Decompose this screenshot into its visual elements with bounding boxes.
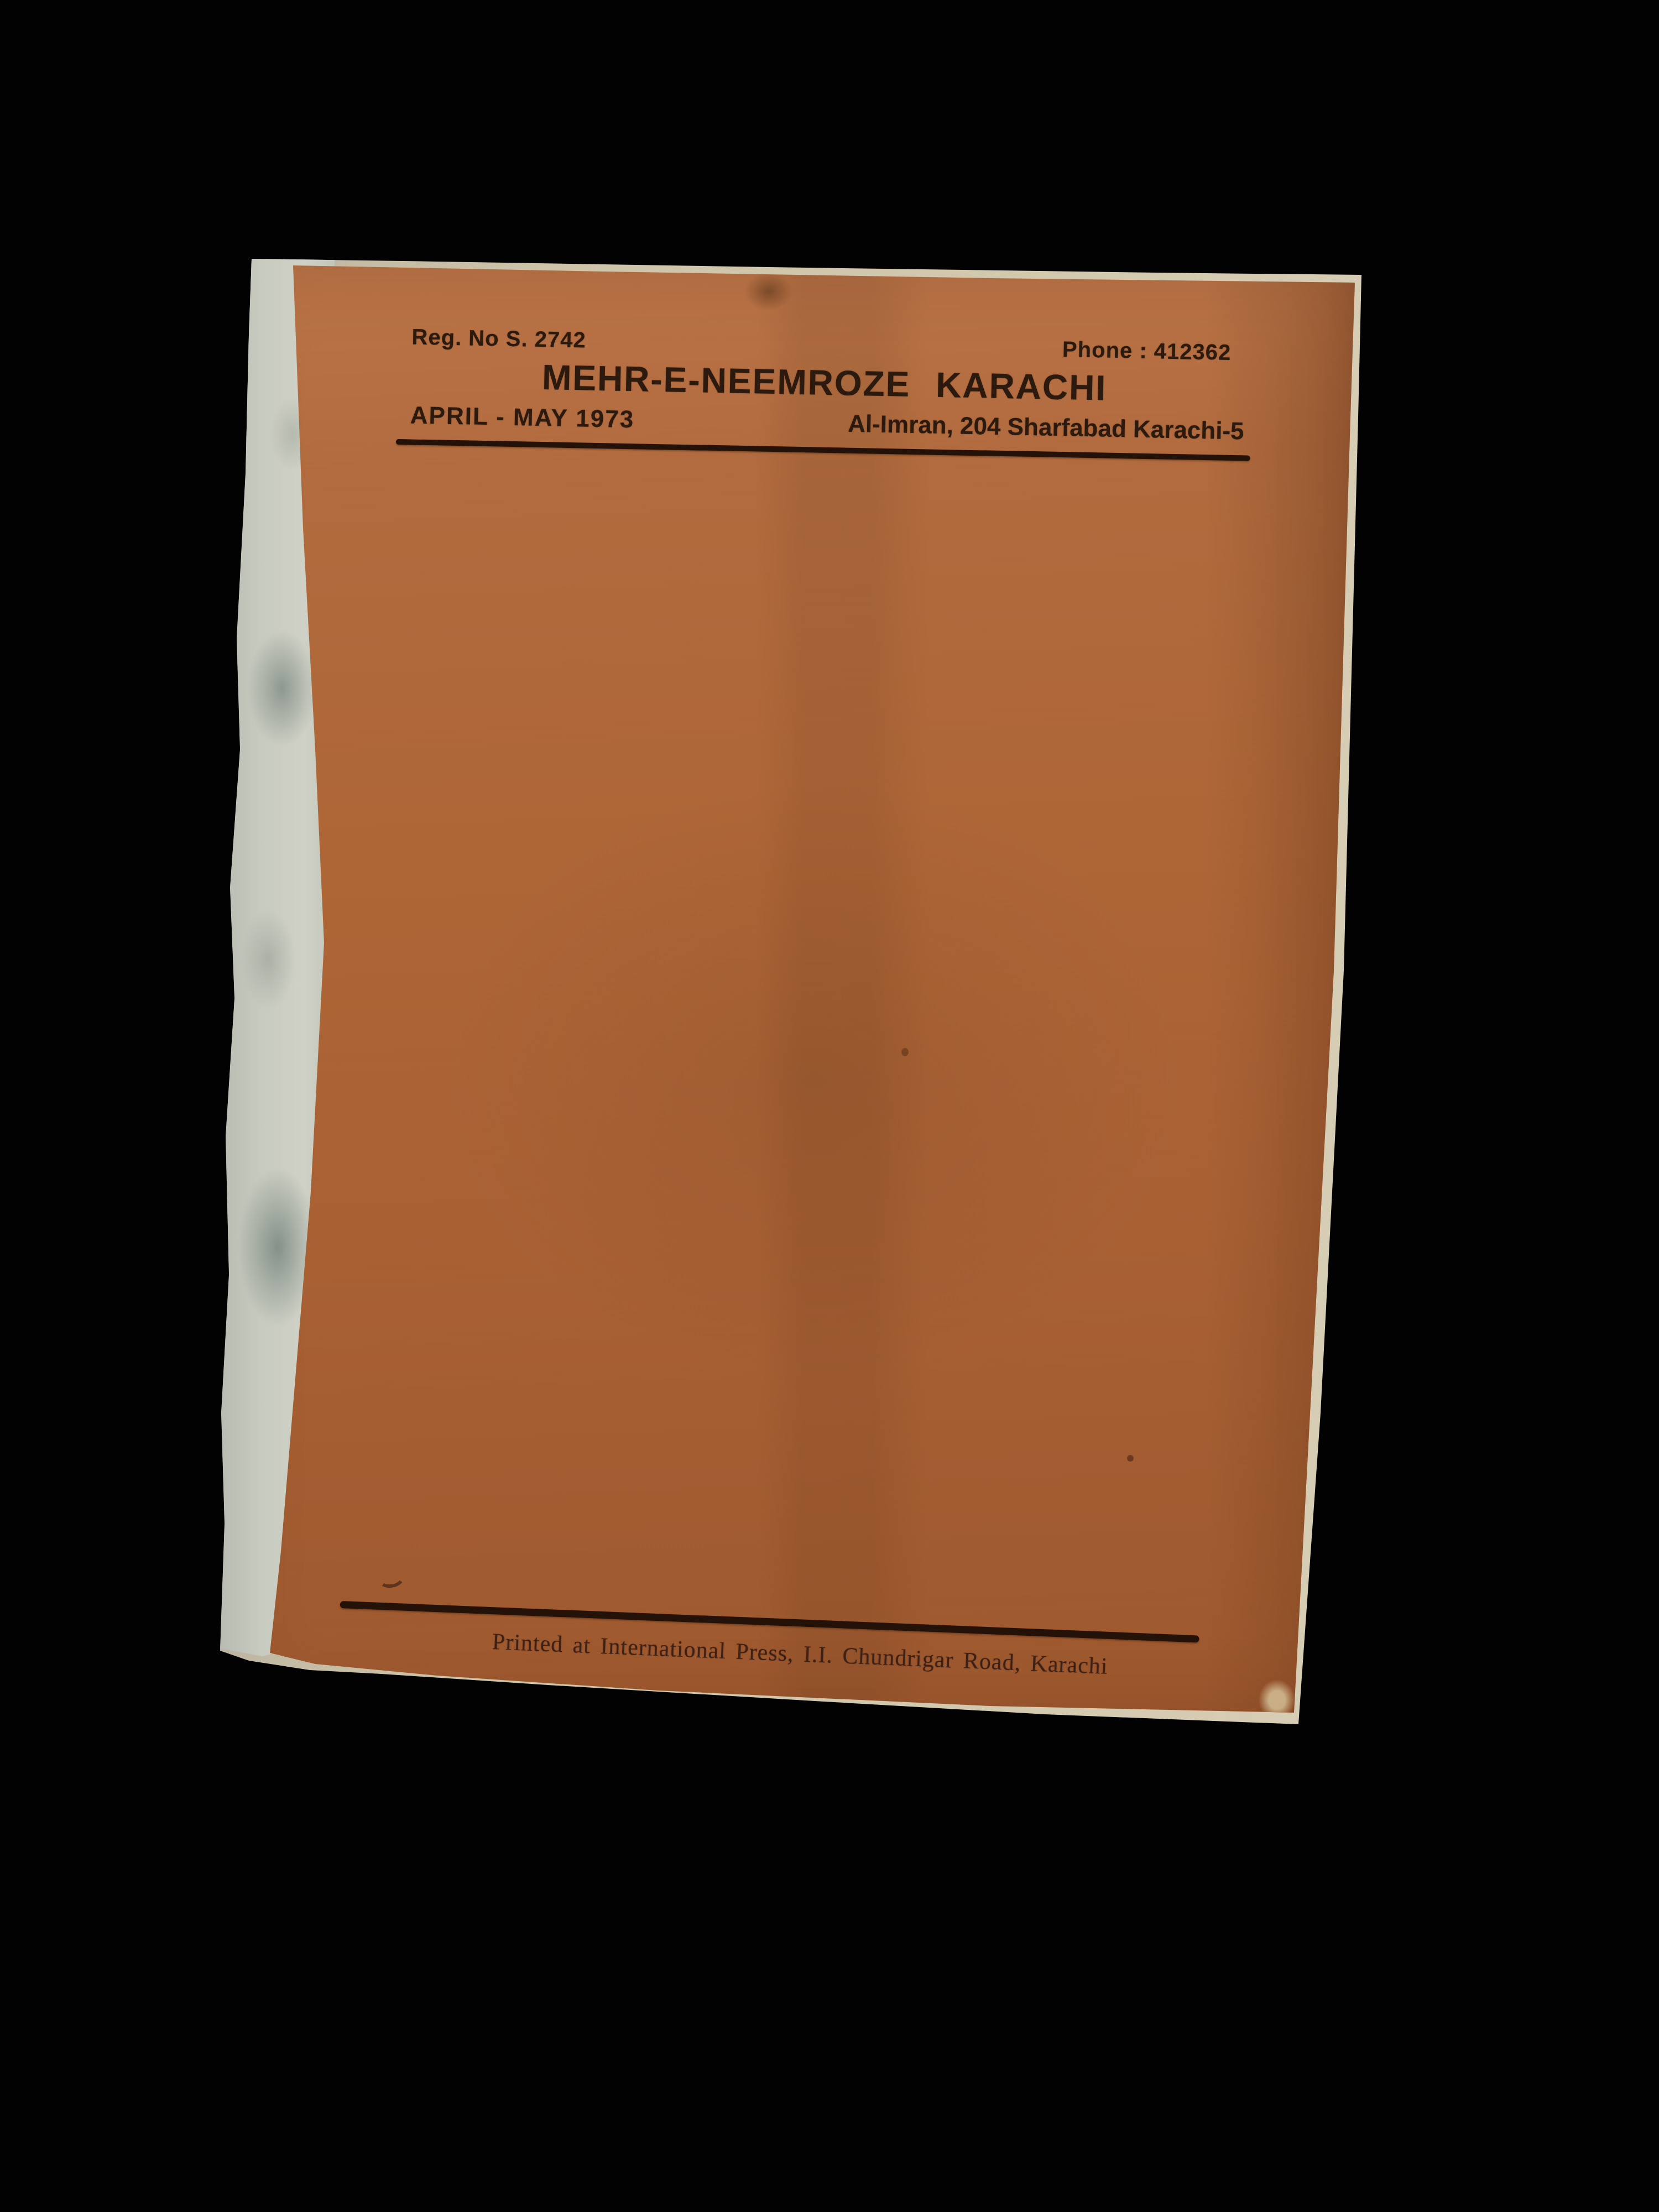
photo-background: Reg. No S. 2742 Phone : 412362 MEHR-E-NE… [0, 0, 1659, 2212]
front-cover: Reg. No S. 2742 Phone : 412362 MEHR-E-NE… [216, 252, 1366, 1728]
stain-speck [1127, 1455, 1134, 1462]
magazine: Reg. No S. 2742 Phone : 412362 MEHR-E-NE… [216, 252, 1366, 1728]
stain-speck [901, 1048, 909, 1056]
cover-header: Reg. No S. 2742 Phone : 412362 MEHR-E-NE… [396, 325, 1253, 461]
phone-number: Phone : 412362 [1062, 337, 1232, 366]
cover-footer: Printed at International Press, I.I. Chu… [338, 1601, 1199, 1683]
registration-number: Reg. No S. 2742 [411, 325, 586, 353]
issue-date: APRIL - MAY 1973 [410, 401, 634, 434]
pen-mark [375, 1564, 406, 1590]
publisher-address: Al-Imran, 204 Sharfabad Karachi-5 [848, 410, 1244, 446]
